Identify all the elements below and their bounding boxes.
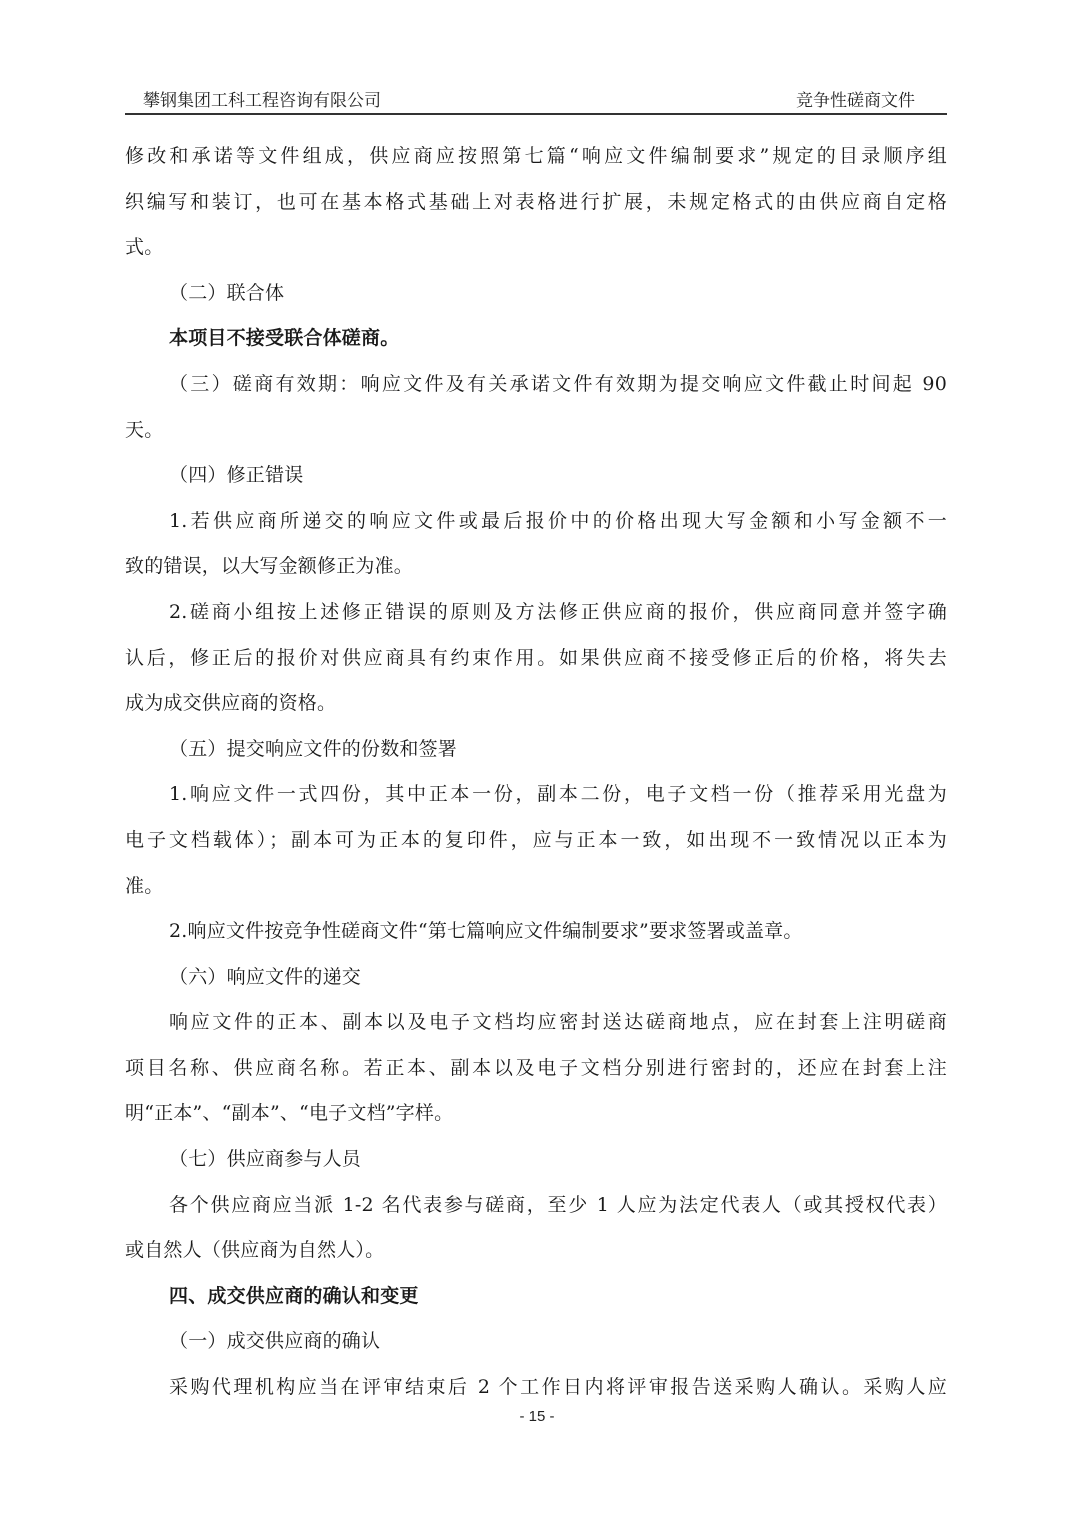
paragraph-line: （七）供应商参与人员 [125, 1137, 947, 1183]
paragraph-line: （五）提交响应文件的份数和签署 [125, 727, 947, 773]
page-header: 攀钢集团工科工程咨询有限公司 竞争性磋商文件 [133, 86, 945, 112]
header-company-name: 攀钢集团工科工程咨询有限公司 [143, 86, 381, 111]
paragraph-line: （三）磋商有效期：响应文件及有关承诺文件有效期为提交响应文件截止时间起 90 [125, 362, 947, 408]
paragraph-line: （二）联合体 [125, 271, 947, 317]
section-heading: 本项目不接受联合体磋商。 [125, 316, 947, 362]
paragraph-line: （一）成交供应商的确认 [125, 1319, 947, 1365]
paragraph-line: 1.响应文件一式四份，其中正本一份，副本二份，电子文档一份（推荐采用光盘为 [125, 772, 947, 818]
paragraph-line: 2.磋商小组按上述修正错误的原则及方法修正供应商的报价，供应商同意并签字确 [125, 590, 947, 636]
paragraph-line: 2.响应文件按竞争性磋商文件“第七篇响应文件编制要求”要求签署或盖章。 [125, 909, 947, 955]
document-body: 修改和承诺等文件组成，供应商应按照第七篇“响应文件编制要求”规定的目录顺序组织编… [125, 134, 947, 1411]
paragraph-line: 电子文档载体）；副本可为正本的复印件，应与正本一致，如出现不一致情况以正本为 [125, 818, 947, 864]
paragraph-line: 明“正本”、“副本”、“电子文档”字样。 [125, 1091, 947, 1137]
paragraph-line: 各个供应商应当派 1-2 名代表参与磋商，至少 1 人应为法定代表人（或其授权代… [125, 1183, 947, 1229]
paragraph-line: 致的错误，以大写金额修正为准。 [125, 544, 947, 590]
paragraph-line: 式。 [125, 225, 947, 271]
paragraph-line: 修改和承诺等文件组成，供应商应按照第七篇“响应文件编制要求”规定的目录顺序组 [125, 134, 947, 180]
paragraph-line: 1.若供应商所递交的响应文件或最后报价中的价格出现大写金额和小写金额不一 [125, 499, 947, 545]
paragraph-line: 准。 [125, 864, 947, 910]
paragraph-line: 织编写和装订，也可在基本格式基础上对表格进行扩展，未规定格式的由供应商自定格 [125, 180, 947, 226]
page-number: - 15 - [0, 1408, 1074, 1425]
paragraph-line: 天。 [125, 408, 947, 454]
header-document-title: 竞争性磋商文件 [796, 86, 915, 111]
paragraph-line: 或自然人（供应商为自然人）。 [125, 1228, 947, 1274]
paragraph-line: 响应文件的正本、副本以及电子文档均应密封送达磋商地点，应在封套上注明磋商 [125, 1000, 947, 1046]
paragraph-line: 项目名称、供应商名称。若正本、副本以及电子文档分别进行密封的，还应在封套上注 [125, 1046, 947, 1092]
paragraph-line: 采购代理机构应当在评审结束后 2 个工作日内将评审报告送采购人确认。采购人应 [125, 1365, 947, 1411]
section-heading: 四、成交供应商的确认和变更 [125, 1274, 947, 1320]
paragraph-line: 成为成交供应商的资格。 [125, 681, 947, 727]
header-divider [125, 113, 947, 115]
paragraph-line: （六）响应文件的递交 [125, 955, 947, 1001]
paragraph-line: （四）修正错误 [125, 453, 947, 499]
paragraph-line: 认后，修正后的报价对供应商具有约束作用。如果供应商不接受修正后的价格，将失去 [125, 636, 947, 682]
